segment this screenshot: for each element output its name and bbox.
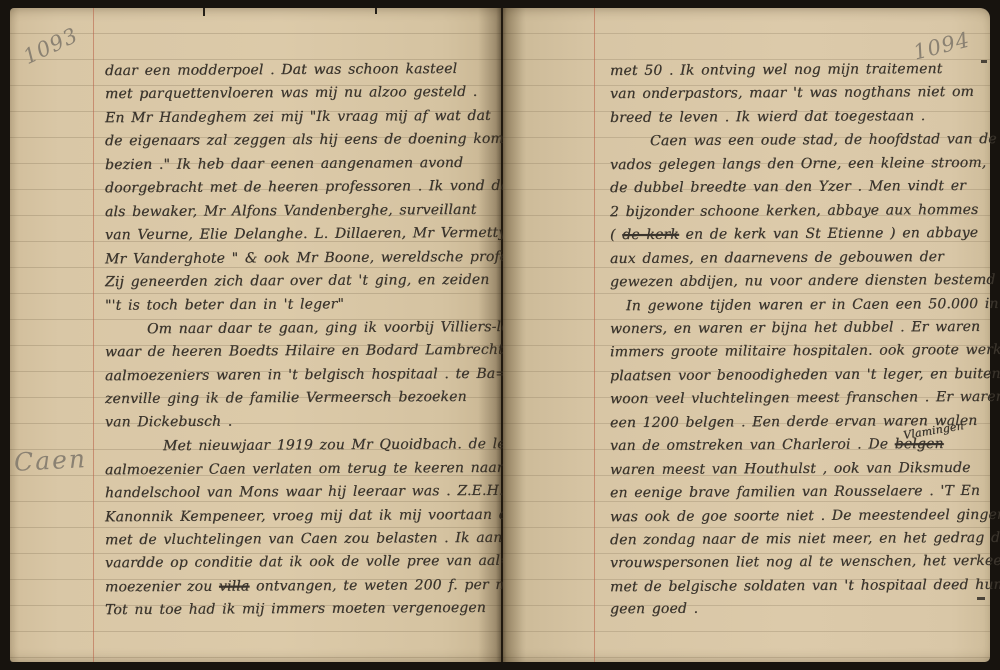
page-number-pencil: 1094 <box>911 27 973 64</box>
handwritten-line: En Mr Handeghem zei mij "Ik vraag mij af… <box>105 108 491 126</box>
handwritten-line: Met nieuwjaar 1919 zou Mr Quoidbach. de … <box>163 436 542 454</box>
text-segment: waren meest van Houthulst , ook van Diks… <box>610 460 971 478</box>
handwritten-line: van Veurne, Elie Delanghe. L. Dillaeren,… <box>105 225 506 243</box>
text-segment: Om naar daar te gaan, ging ik voorbij Vi… <box>147 319 538 337</box>
handwritten-line: doorgebracht met de heeren professoren .… <box>105 178 524 197</box>
text-segment: En Mr Handeghem zei mij "Ik vraag mij af… <box>105 108 491 126</box>
notebook-page-right: 1094 met 50 . Ik ontving wel nog mijn tr… <box>503 8 990 662</box>
text-segment: van onderpastors, maar 't was nogthans n… <box>610 84 974 102</box>
handwritten-line: en eenige brave familien van Rousselaere… <box>610 483 980 501</box>
text-segment: moezenier zou <box>105 579 219 596</box>
handwritten-line: aalmoezeniers waren in 't belgisch hospi… <box>105 366 507 384</box>
text-segment: en de kerk van St Etienne ) en abbaye <box>679 225 978 243</box>
text-segment: en eenige brave familien van Rousselaere… <box>610 483 980 501</box>
handwritten-line: geen goed . <box>610 601 698 618</box>
text-segment: met 50 . Ik ontving wel nog mijn traitem… <box>610 61 943 79</box>
text-segment: daar een modderpoel . Dat was schoon kas… <box>105 61 457 79</box>
text-segment: de eigenaars zal zeggen als hij eens de … <box>105 131 510 149</box>
text-segment: handelschool van Mons waar hij leeraar w… <box>105 483 504 501</box>
text-segment: van Veurne, Elie Delanghe. L. Dillaeren,… <box>105 225 506 243</box>
text-segment: bezien ." Ik heb daar eenen aangenamen a… <box>105 155 463 173</box>
correction-wrap: Vlamingenbelgen <box>895 436 944 452</box>
text-segment: met parquettenvloeren was mij nu alzoo g… <box>105 84 477 102</box>
red-margin-rule <box>93 8 94 662</box>
handwritten-line: plaatsen voor benoodigheden van 't leger… <box>610 366 1000 385</box>
handwritten-line: In gewone tijden waren er in Caen een 50… <box>626 295 1000 313</box>
handwritten-line: aalmoezenier Caen verlaten om terug te k… <box>105 459 528 478</box>
text-segment: doorgebracht met de heeren professoren .… <box>105 178 524 197</box>
handwritten-line: de dubbel breedte van den Yzer . Men vin… <box>610 178 966 196</box>
handwritten-line: van de omstreken van Charleroi . De Vlam… <box>610 436 944 454</box>
handwritten-line: met de belgische soldaten van 't hospita… <box>610 577 1000 595</box>
handwritten-line: met de vluchtelingen van Caen zou belast… <box>105 530 514 548</box>
handwritten-line: moezenier zou villa ontvangen, te weten … <box>105 577 549 596</box>
page-number-pencil: 1093 <box>20 23 82 69</box>
text-segment: plaatsen voor benoodigheden van 't leger… <box>610 366 1000 385</box>
text-segment: vaardde op conditie dat ik ook de volle … <box>105 553 512 571</box>
ink-mark <box>203 8 205 16</box>
handwritten-line: ( de kerk en de kerk van St Etienne ) en… <box>610 225 978 243</box>
text-segment: aalmoezenier Caen verlaten om terug te k… <box>105 459 528 478</box>
text-segment: breed te leven . Ik wierd dat toegestaan… <box>610 108 925 126</box>
ink-mark <box>375 8 377 14</box>
text-segment: van de omstreken van Charleroi . De <box>610 436 895 454</box>
handwritten-line: Kanonnik Kempeneer, vroeg mij dat ik mij… <box>105 506 524 525</box>
handwritten-line: bezien ." Ik heb daar eenen aangenamen a… <box>105 155 463 173</box>
text-segment: immers groote militaire hospitalen. ook … <box>610 342 1000 360</box>
text-segment: Tot nu toe had ik mij immers moeten verg… <box>105 600 486 618</box>
handwritten-line: als bewaker, Mr Alfons Vandenberghe, sur… <box>105 202 477 220</box>
handwritten-line: breed te leven . Ik wierd dat toegestaan… <box>610 108 925 126</box>
handwritten-line: handelschool van Mons waar hij leeraar w… <box>105 483 504 501</box>
text-segment: gewezen abdijen, nu voor andere diensten… <box>610 272 1000 290</box>
handwritten-line: 2 bijzonder schoone kerken, abbaye aux h… <box>610 202 978 220</box>
text-segment: geen goed . <box>610 601 698 618</box>
text-segment: aalmoezeniers waren in 't belgisch hospi… <box>105 366 507 384</box>
handwritten-line: Om naar daar te gaan, ging ik voorbij Vi… <box>147 319 538 337</box>
handwritten-line: Tot nu toe had ik mij immers moeten verg… <box>105 600 486 618</box>
handwritten-line: woon veel vluchtelingen meest franschen … <box>610 389 1000 407</box>
red-margin-rule <box>594 8 595 662</box>
text-segment: vados gelegen langs den Orne, een kleine… <box>610 155 986 173</box>
text-segment: Mr Vanderghote " & ook Mr Boone, werelds… <box>105 248 541 267</box>
text-segment: woners, en waren er bijna het dubbel . E… <box>610 319 980 337</box>
text-segment: vrouwspersonen liet nog al te wenschen, … <box>610 553 1000 571</box>
handwritten-line: aux dames, en daarnevens de gebouwen der <box>610 249 944 267</box>
handwritten-line: "'t is toch beter dan in 't leger" <box>105 296 344 313</box>
handwritten-line: gewezen abdijen, nu voor andere diensten… <box>610 272 1000 290</box>
ink-mark <box>977 597 985 600</box>
text-segment: van Dickebusch . <box>105 413 232 430</box>
text-segment: den zondag naar de mis niet meer, en het… <box>610 530 1000 548</box>
text-segment: met de belgische soldaten van 't hospita… <box>610 577 1000 595</box>
struck-word: villa <box>219 578 250 594</box>
text-segment: waar de heeren Boedts Hilaire en Bodard … <box>105 342 504 360</box>
text-segment: "'t is toch beter dan in 't leger" <box>105 296 344 313</box>
margin-note-pencil: Caen <box>13 444 87 477</box>
handwritten-line: met 50 . Ik ontving wel nog mijn traitem… <box>610 61 943 79</box>
handwritten-line: woners, en waren er bijna het dubbel . E… <box>610 319 980 337</box>
text-segment: 2 bijzonder schoone kerken, abbaye aux h… <box>610 202 978 220</box>
handwritten-line: Caen was een oude stad, de hoofdstad van… <box>650 131 1000 149</box>
handwritten-line: Zij geneerden zich daar over dat 't ging… <box>105 272 489 290</box>
text-segment: de dubbel breedte van den Yzer . Men vin… <box>610 178 966 196</box>
text-segment: Zij geneerden zich daar over dat 't ging… <box>105 272 489 290</box>
text-segment: In gewone tijden waren er in Caen een 50… <box>626 295 1000 313</box>
handwritten-line: vaardde op conditie dat ik ook de volle … <box>105 553 512 571</box>
text-segment: Kanonnik Kempeneer, vroeg mij dat ik mij… <box>105 506 524 525</box>
handwritten-line: vados gelegen langs den Orne, een kleine… <box>610 155 986 173</box>
handwritten-line: vrouwspersonen liet nog al te wenschen, … <box>610 553 1000 571</box>
handwritten-line: van Dickebusch . <box>105 413 232 430</box>
handwritten-line: van onderpastors, maar 't was nogthans n… <box>610 84 974 102</box>
text-segment: zenville ging ik de familie Vermeersch b… <box>105 389 467 407</box>
text-segment: aux dames, en daarnevens de gebouwen der <box>610 249 944 267</box>
handwritten-line: zenville ging ik de familie Vermeersch b… <box>105 389 467 407</box>
text-segment: ( <box>610 227 622 243</box>
text-segment: woon veel vluchtelingen meest franschen … <box>610 389 1000 407</box>
handwritten-line: den zondag naar de mis niet meer, en het… <box>610 530 1000 548</box>
text-segment: Caen was een oude stad, de hoofdstad van… <box>650 131 1000 149</box>
text-segment: als bewaker, Mr Alfons Vandenberghe, sur… <box>105 202 477 220</box>
text-segment: met de vluchtelingen van Caen zou belast… <box>105 530 514 548</box>
handwritten-line: de eigenaars zal zeggen als hij eens de … <box>105 131 510 149</box>
handwritten-line: waren meest van Houthulst , ook van Diks… <box>610 460 971 478</box>
handwritten-line: was ook de goe soorte niet . De meestend… <box>610 506 1000 524</box>
notebook-page-left: 1093 Caen daar een modderpoel . Dat was … <box>10 8 501 662</box>
handwritten-line: daar een modderpoel . Dat was schoon kas… <box>105 61 457 79</box>
text-segment: was ook de goe soorte niet . De meestend… <box>610 506 1000 524</box>
handwritten-line: immers groote militaire hospitalen. ook … <box>610 342 1000 360</box>
ink-mark <box>981 60 987 63</box>
handwritten-line: met parquettenvloeren was mij nu alzoo g… <box>105 84 477 102</box>
handwritten-line: waar de heeren Boedts Hilaire en Bodard … <box>105 342 504 360</box>
handwritten-line: Mr Vanderghote " & ook Mr Boone, werelds… <box>105 248 541 267</box>
text-segment: Met nieuwjaar 1919 zou Mr Quoidbach. de … <box>163 436 542 454</box>
struck-word: de kerk <box>622 227 679 243</box>
